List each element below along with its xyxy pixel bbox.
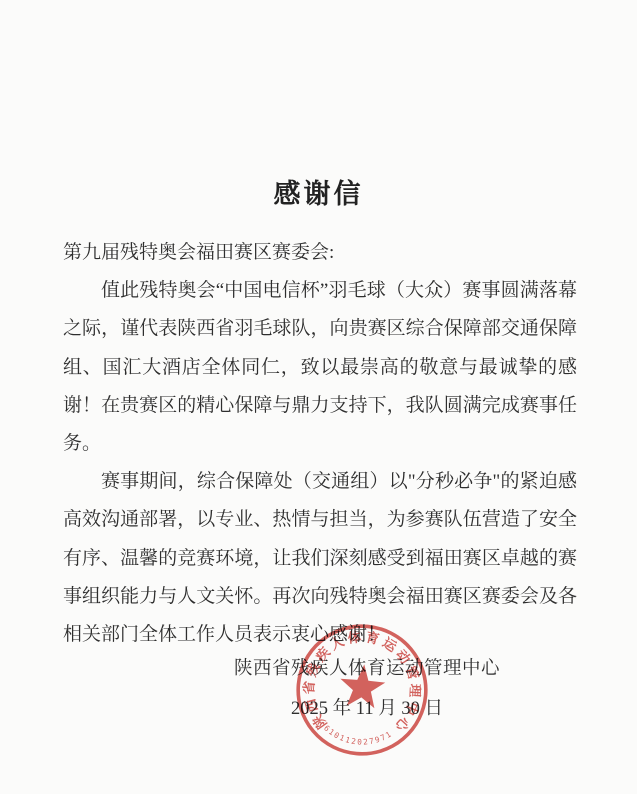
red-star-icon <box>338 662 387 709</box>
salutation: 第九届残特奥会福田赛区赛委会: <box>63 234 577 272</box>
letter-page: 感谢信 第九届残特奥会福田赛区赛委会: 值此残特奥会“中国电信杯”羽毛球（大众）… <box>0 0 637 794</box>
letter-body: 第九届残特奥会福田赛区赛委会: 值此残特奥会“中国电信杯”羽毛球（大众）赛事圆满… <box>63 234 577 654</box>
official-red-seal: 陕西省残疾人体育运动管理中心 6101120279710 <box>286 614 438 766</box>
letter-title: 感谢信 <box>0 172 637 211</box>
paragraph-1: 值此残特奥会“中国电信杯”羽毛球（大众）赛事圆满落幕之际，谨代表陕西省羽毛球队，… <box>63 272 577 463</box>
